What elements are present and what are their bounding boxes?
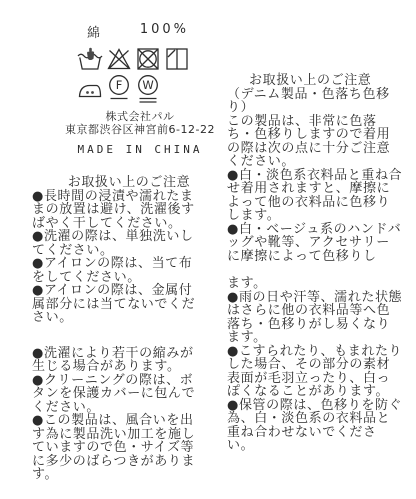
denim-notes-continuation: ます。 [227,277,403,291]
do-not-bleach-icon [106,46,132,72]
care-label: 綿 100% [0,0,416,499]
care-symbols-row-1 [77,46,220,72]
fiber-composition: 綿 100% [87,22,189,41]
label-fold-gap [227,263,403,277]
iron-medium-two-dots-icon [77,74,103,104]
care-note: ●洗濯の際は、単独洗いしてください。 [32,230,204,257]
company-name: 株式会社パル [60,110,220,123]
label-fold-gap [32,325,204,347]
denim-notes-heading: お取扱い上のご注意 [227,74,403,88]
care-note: ●洗濯により若干の縮みが生じる場合があります。 [32,347,204,374]
care-note: ●長時間の浸漬や濡れたままの放置は避け、洗濯後すばやく干してください。 [32,190,204,231]
care-note: ●クリーニングの際は、ボタンを保護カバーに包んでください。 [32,374,204,415]
hand-wash-icon [77,46,103,72]
care-note: ●アイロンの際は、金属付属部分には当てないでください。 [32,284,204,325]
svg-text:W: W [142,78,153,92]
country-of-origin: MADE IN CHINA [60,143,220,156]
general-care-notes: お取扱い上のご注意 ●長時間の浸漬や濡れたままの放置は避け、洗濯後すばやく干して… [32,176,204,482]
company-address: 東京都渋谷区神宮前6-12-22 [60,123,220,136]
denim-notes-bottom: ●雨の日や汗等、濡れた状態はさらに他の衣料品等へ色落ち・色移りがし易くなります。… [227,291,403,453]
professional-dry-clean-F-gentle-icon: F [106,74,132,104]
denim-notes-intro: この製品は、非常に色落ち・色移りしますので着用の際は次の点に十分ご注意ください。 [227,115,403,169]
general-notes-bottom: ●洗濯により若干の縮みが生じる場合があります。●クリーニングの際は、ボタンを保護… [32,347,204,482]
care-note: ●こすられたり、もまれたりした場合、その部分の素材表面が毛羽立ったり、白っぽくな… [227,345,403,399]
care-note: ●アイロンの際は、当て布をしてください。 [32,257,204,284]
maker-block: 株式会社パル 東京都渋谷区神宮前6-12-22 MADE IN CHINA [60,110,220,156]
denim-care-notes: お取扱い上のご注意 （デニム製品・色落ち色移り） この製品は、非常に色落ち・色移… [227,74,403,453]
care-symbols-row-2: F W [77,74,220,104]
care-note: ●白・淡色系衣料品と重ね合せ着用されますと、摩擦によって他の衣料品に色移りします… [227,169,403,223]
denim-notes-top: ●白・淡色系衣料品と重ね合せ着用されますと、摩擦によって他の衣料品に色移りします… [227,169,403,264]
do-not-tumble-dry-icon [135,46,161,72]
hang-dry-in-shade-icon [164,46,190,72]
general-notes-heading: お取扱い上のご注意 [32,176,204,190]
fiber-name: 綿 [87,22,101,41]
general-notes-top: ●長時間の浸漬や濡れたままの放置は避け、洗濯後すばやく干してください。●洗濯の際… [32,190,204,325]
care-note: ●白・ベージュ系のハンドバッグや靴等、アクセサリーに摩擦によって色移りし [227,223,403,264]
svg-text:F: F [116,78,123,92]
denim-notes-subheading: （デニム製品・色落ち色移り） [227,88,403,115]
professional-wet-clean-W-very-gentle-icon: W [135,74,161,104]
label-top-block: 綿 100% [60,22,220,156]
care-note: ●保管の際は、色移りを防ぐ為、白・淡色系の衣料品と重ね合わせないでください。 [227,399,403,453]
fiber-percent: 100% [140,22,189,41]
care-note: ●この製品は、風合いを出す為に製品洗い加工を施していますので色・サイズ等に多少の… [32,414,204,482]
care-note: ●雨の日や汗等、濡れた状態はさらに他の衣料品等へ色落ち・色移りがし易くなります。 [227,291,403,345]
